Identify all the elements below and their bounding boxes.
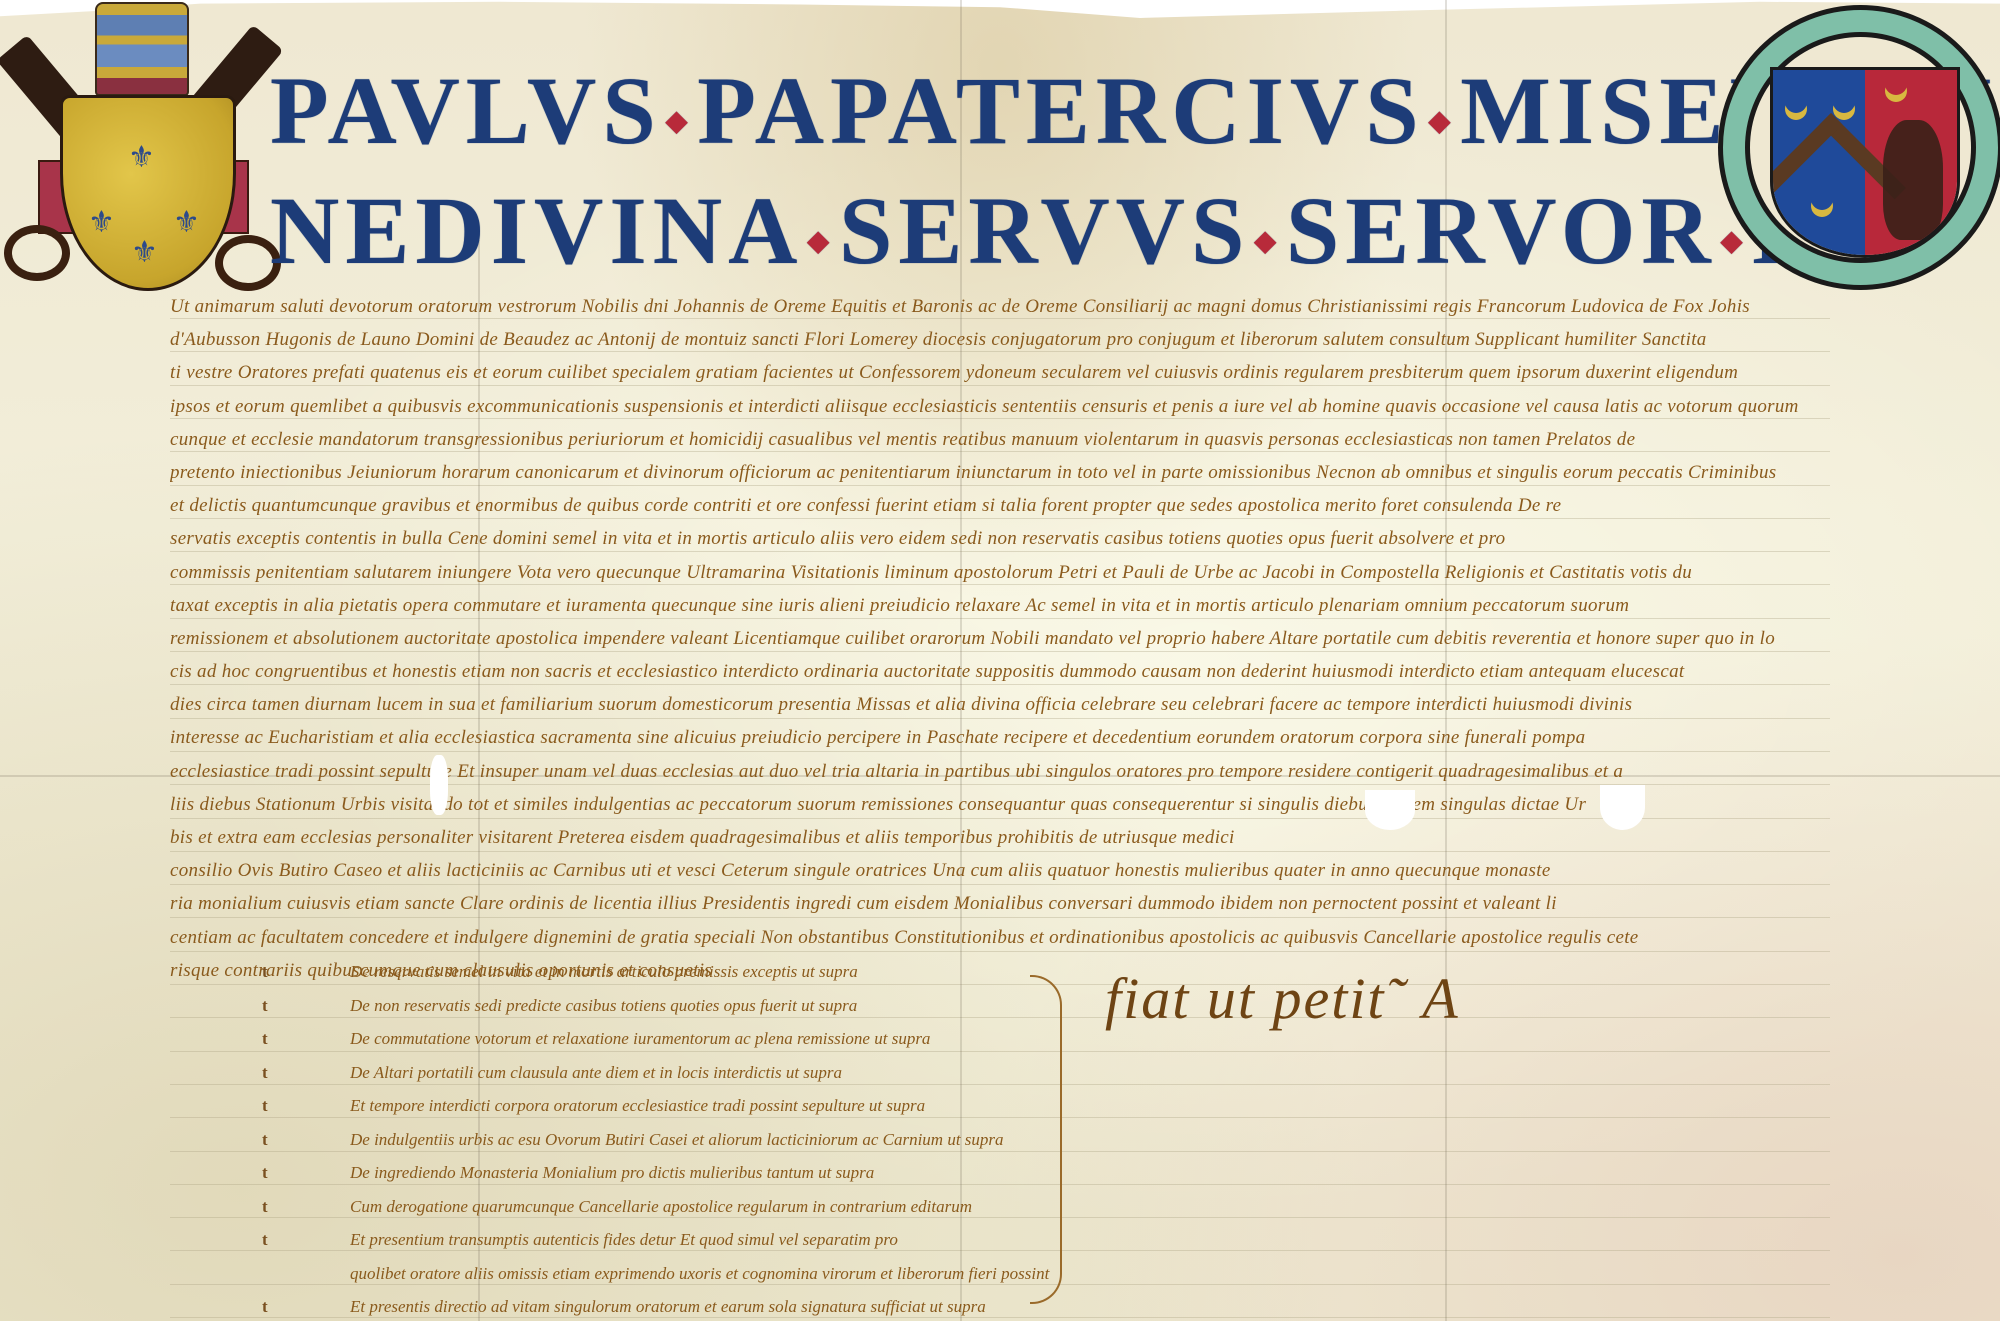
list-item: tDe non reservatis sedi predicte casibus… bbox=[250, 989, 1070, 1023]
punctus-mark: ◆ bbox=[807, 226, 835, 257]
roundel bbox=[1745, 32, 1976, 263]
list-item: tDe reservatis semel in vita et in morti… bbox=[250, 955, 1070, 989]
punctus-mark: ◆ bbox=[666, 106, 694, 137]
clause-text: De non reservatis sedi predicte casibus … bbox=[350, 989, 1070, 1023]
clause-text: De ingrediendo Monasteria Monialium pro … bbox=[350, 1156, 1070, 1190]
clause-text: Et tempore interdicti corpora oratorum e… bbox=[350, 1089, 1070, 1123]
clause-mark: t bbox=[250, 1056, 350, 1090]
body-line: cis ad hoc congruentibus et honestis eti… bbox=[170, 655, 1820, 688]
clause-mark: t bbox=[250, 1022, 350, 1056]
supplication-body: Ut animarum saluti devotorum oratorum ve… bbox=[170, 290, 1820, 987]
clause-mark: t bbox=[250, 1290, 350, 1321]
tiara-icon bbox=[95, 2, 189, 96]
body-line: pretento iniectionibus Jeiuniorum horaru… bbox=[170, 456, 1820, 489]
heading-word: SERVOR bbox=[1286, 177, 1717, 284]
clause-text: De reservatis semel in vita et in mortis… bbox=[350, 955, 1070, 989]
body-line: dies circa tamen diurnam lucem in sua et… bbox=[170, 688, 1820, 721]
clause-summary-list: tDe reservatis semel in vita et in morti… bbox=[250, 955, 1070, 1321]
crescent-icon bbox=[1885, 80, 1907, 102]
list-item: quolibet oratore aliis omissis etiam exp… bbox=[250, 1257, 1070, 1291]
body-line: taxat exceptis in alia pietatis opera co… bbox=[170, 589, 1820, 622]
clause-text: De commutatione votorum et relaxatione i… bbox=[350, 1022, 1070, 1056]
punctus-mark: ◆ bbox=[1429, 106, 1457, 137]
list-item: tEt presentium transumptis autenticis fi… bbox=[250, 1223, 1070, 1257]
heading-word: PAVLVS bbox=[270, 57, 662, 164]
parchment-hole bbox=[430, 755, 448, 815]
list-item: tEt presentis directio ad vitam singulor… bbox=[250, 1290, 1070, 1321]
body-line: remissionem et absolutionem auctoritate … bbox=[170, 622, 1820, 655]
body-line: interesse ac Eucharistiam et alia eccles… bbox=[170, 721, 1820, 754]
clause-mark: t bbox=[250, 1156, 350, 1190]
list-item: tDe ingrediendo Monasteria Monialium pro… bbox=[250, 1156, 1070, 1190]
parchment-hole bbox=[1365, 790, 1415, 830]
heading-word: PAPA bbox=[697, 57, 956, 164]
punctus-mark: ◆ bbox=[1254, 226, 1282, 257]
clause-text: De indulgentiis urbis ac esu Ovorum Buti… bbox=[350, 1123, 1070, 1157]
clause-text: quolibet oratore aliis omissis etiam exp… bbox=[350, 1257, 1070, 1291]
shield-icon bbox=[1770, 67, 1960, 258]
clause-mark: t bbox=[250, 989, 350, 1023]
body-line: servatis exceptis contentis in bulla Cen… bbox=[170, 522, 1820, 555]
body-line: commissis penitentiam salutarem iniunger… bbox=[170, 556, 1820, 589]
heading-word: DIVINA bbox=[415, 177, 803, 284]
body-line: et delictis quantumcunque gravibus et en… bbox=[170, 489, 1820, 522]
clause-mark: t bbox=[250, 1123, 350, 1157]
clause-text: Et presentium transumptis autenticis fid… bbox=[350, 1223, 1070, 1257]
crescent-icon bbox=[1811, 195, 1833, 217]
parchment-hole bbox=[1600, 785, 1645, 830]
fleur-de-lis-icon: ⚜ bbox=[88, 208, 115, 238]
clause-text: Cum derogatione quarumcunque Cancellarie… bbox=[350, 1190, 1070, 1224]
heading-word: TERCIVS bbox=[956, 57, 1425, 164]
clause-mark bbox=[250, 1257, 350, 1291]
crescent-icon bbox=[1833, 98, 1855, 120]
body-line: liis diebus Stationum Urbis visitando to… bbox=[170, 788, 1820, 821]
clause-text: De Altari portatili cum clausula ante di… bbox=[350, 1056, 1070, 1090]
body-line: ecclesiastice tradi possint sepulture Et… bbox=[170, 755, 1820, 788]
crescent-icon bbox=[1785, 98, 1807, 120]
cardinal-arms-icon bbox=[1718, 5, 2000, 290]
body-line: ti vestre Oratores prefati quatenus eis … bbox=[170, 356, 1820, 389]
body-line: ipsos et eorum quemlibet a quibusvis exc… bbox=[170, 390, 1820, 423]
clause-mark: t bbox=[250, 1223, 350, 1257]
papal-arms-icon: ⚜ ⚜ ⚜ ⚜ bbox=[0, 0, 280, 290]
list-item: tCum derogatione quarumcunque Cancellari… bbox=[250, 1190, 1070, 1224]
summary-bracket bbox=[1030, 975, 1062, 1304]
body-line: bis et extra eam ecclesias personaliter … bbox=[170, 821, 1820, 854]
clause-mark: t bbox=[250, 1089, 350, 1123]
heading-word: SERVVS bbox=[839, 177, 1250, 284]
fleur-de-lis-icon: ⚜ bbox=[128, 143, 155, 173]
list-item: tDe indulgentiis urbis ac esu Ovorum But… bbox=[250, 1123, 1070, 1157]
lion-rampant-icon bbox=[1883, 120, 1943, 240]
list-item: tDe commutatione votorum et relaxatione … bbox=[250, 1022, 1070, 1056]
clause-text: Et presentis directio ad vitam singuloru… bbox=[350, 1290, 1070, 1321]
body-line: centiam ac facultatem concedere et indul… bbox=[170, 921, 1820, 954]
heading-line-2: NEDIVINA◆SERVVS◆SERVOR◆DEI bbox=[270, 175, 1941, 286]
body-line: Ut animarum saluti devotorum oratorum ve… bbox=[170, 290, 1820, 323]
list-item: tDe Altari portatili cum clausula ante d… bbox=[250, 1056, 1070, 1090]
clause-mark: t bbox=[250, 955, 350, 989]
fleur-de-lis-icon: ⚜ bbox=[173, 208, 200, 238]
fleur-de-lis-icon: ⚜ bbox=[131, 238, 158, 268]
body-line: consilio Ovis Butiro Caseo et aliis lact… bbox=[170, 854, 1820, 887]
papal-signature: fiat ut petit˜ A bbox=[1105, 965, 1460, 1032]
body-line: cunque et ecclesie mandatorum transgress… bbox=[170, 423, 1820, 456]
list-item: tEt tempore interdicti corpora oratorum … bbox=[250, 1089, 1070, 1123]
body-line: d'Aubusson Hugonis de Launo Domini de Be… bbox=[170, 323, 1820, 356]
body-line: ria monialium cuiusvis etiam sancte Clar… bbox=[170, 887, 1820, 920]
shield-icon: ⚜ ⚜ ⚜ ⚜ bbox=[60, 95, 236, 291]
tassel-icon bbox=[4, 225, 70, 281]
heading-word: NE bbox=[270, 177, 415, 284]
clause-mark: t bbox=[250, 1190, 350, 1224]
